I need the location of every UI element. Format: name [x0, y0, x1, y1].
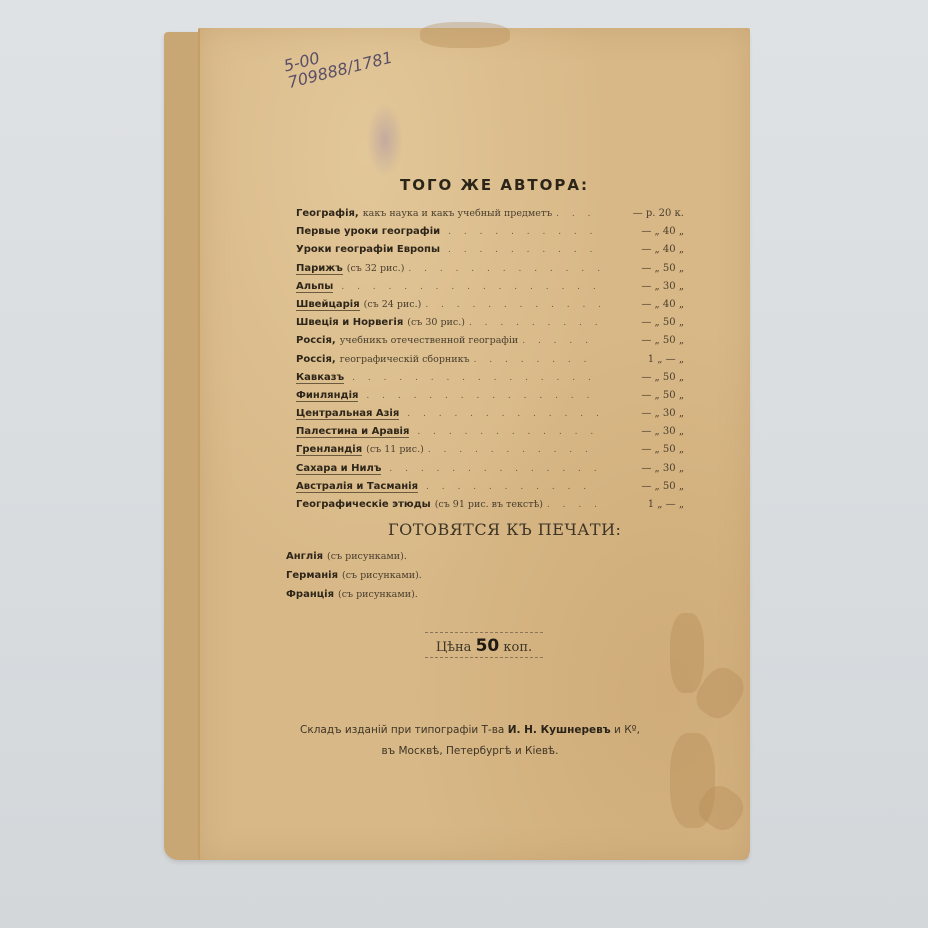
- publisher-name: И. Н. Кушнеревъ: [508, 724, 611, 736]
- forthcoming-note: (съ рисунками).: [342, 570, 422, 581]
- work-price: — „ 50 „: [604, 263, 684, 274]
- work-note: (съ 24 рис.): [364, 299, 422, 310]
- publisher-line1-prefix: Складъ изданій при типографіи Т-ва: [300, 724, 504, 736]
- work-price: — „ 50 „: [604, 335, 684, 346]
- work-title: Кавказъ: [296, 372, 344, 384]
- work-note: географическій сборникъ: [340, 354, 470, 365]
- leader-dots: . . . . . . . . . . . . . . . . . . . . …: [341, 282, 600, 292]
- work-title: Финляндія: [296, 390, 358, 402]
- leader-dots: . . . . . . . . . . . . . . . . . . . . …: [417, 427, 600, 437]
- work-title: Россія,: [296, 335, 336, 346]
- leader-dots: . . . . . . . . . . . . . . . . . . . . …: [426, 482, 600, 492]
- work-price: — „ 30 „: [604, 281, 684, 292]
- section-heading-same-author: ТОГО ЖЕ АВТОРА:: [400, 176, 589, 194]
- price-prefix: Цѣна: [436, 640, 472, 655]
- publisher-imprint: Складъ изданій при типографіи Т-ва И. Н.…: [270, 720, 670, 762]
- work-price: — „ 50 „: [604, 317, 684, 328]
- work-list-item: Географія,какъ наука и какъ учебный пред…: [296, 208, 684, 226]
- forthcoming-list-item: Англія(съ рисунками).: [286, 551, 422, 570]
- leader-dots: . . . . . . . . . . . . . . . . . . . . …: [408, 264, 600, 274]
- leader-dots: . . . . . . . . . . . . . . . . . . . . …: [448, 227, 600, 237]
- section-heading-forthcoming: ГОТОВЯТСЯ КЪ ПЕЧАТИ:: [388, 520, 621, 539]
- work-list-item: Швейцарія(съ 24 рис.). . . . . . . . . .…: [296, 299, 684, 317]
- forthcoming-title: Франція: [286, 589, 334, 600]
- leader-dots: . . . . . . . . . . . . . . . . . . . . …: [474, 355, 600, 365]
- work-list-item: Россія,учебникъ отечественной географіи.…: [296, 335, 684, 353]
- leader-dots: . . . . . . . . . . . . . . . . . . . . …: [547, 500, 600, 510]
- work-price: — „ 50 „: [604, 390, 684, 401]
- leader-dots: . . . . . . . . . . . . . . . . . . . . …: [352, 373, 600, 383]
- work-note: учебникъ отечественной географіи: [340, 335, 519, 346]
- leader-dots: . . . . . . . . . . . . . . . . . . . . …: [366, 391, 600, 401]
- publisher-line1-suffix: и Кº,: [614, 724, 640, 736]
- work-title: Швеція и Норвегія: [296, 317, 403, 328]
- price-label: Цѣна 50 коп.: [425, 632, 543, 658]
- work-price: — „ 40 „: [604, 299, 684, 310]
- work-price: — „ 30 „: [604, 463, 684, 474]
- forthcoming-list-item: Франція(съ рисунками).: [286, 589, 422, 608]
- work-list-item: Австралія и Тасманія. . . . . . . . . . …: [296, 481, 684, 499]
- work-list-item: Сахара и Нилъ. . . . . . . . . . . . . .…: [296, 463, 684, 481]
- leader-dots: . . . . . . . . . . . . . . . . . . . . …: [428, 445, 600, 455]
- work-list-item: Первые уроки географіи. . . . . . . . . …: [296, 226, 684, 244]
- forthcoming-title: Англія: [286, 551, 323, 562]
- work-title: Швейцарія: [296, 299, 360, 311]
- leader-dots: . . . . . . . . . . . . . . . . . . . . …: [522, 336, 600, 346]
- leader-dots: . . . . . . . . . . . . . . . . . . . . …: [425, 300, 600, 310]
- work-list-item: Географическіе этюды(съ 91 рис. въ текст…: [296, 499, 684, 517]
- work-price: — „ 40 „: [604, 226, 684, 237]
- forthcoming-title: Германія: [286, 570, 338, 581]
- works-list: Географія,какъ наука и какъ учебный пред…: [296, 208, 684, 517]
- work-note: (съ 32 рис.): [347, 263, 405, 274]
- water-stain: [420, 22, 510, 48]
- work-note: (съ 30 рис.): [407, 317, 465, 328]
- forthcoming-note: (съ рисунками).: [338, 589, 418, 600]
- work-price: 1 „ — „: [604, 499, 684, 510]
- work-price: — „ 30 „: [604, 408, 684, 419]
- work-list-item: Швеція и Норвегія(съ 30 рис.). . . . . .…: [296, 317, 684, 335]
- leader-dots: . . . . . . . . . . . . . . . . . . . . …: [448, 245, 600, 255]
- work-title: Альпы: [296, 281, 333, 293]
- work-list-item: Центральная Азія. . . . . . . . . . . . …: [296, 408, 684, 426]
- work-title: Сахара и Нилъ: [296, 463, 381, 475]
- work-note: (съ 91 рис. въ текстѣ): [435, 499, 543, 510]
- work-price: 1 „ — „: [604, 354, 684, 365]
- work-price: — „ 50 „: [604, 372, 684, 383]
- work-title: Уроки географіи Европы: [296, 244, 440, 255]
- work-title: Палестина и Аравія: [296, 426, 409, 438]
- work-price: — „ 50 „: [604, 444, 684, 455]
- publisher-line2: въ Москвѣ, Петербургѣ и Кіевѣ.: [270, 741, 670, 762]
- work-title: Австралія и Тасманія: [296, 481, 418, 493]
- work-list-item: Уроки географіи Европы. . . . . . . . . …: [296, 244, 684, 262]
- forthcoming-note: (съ рисунками).: [327, 551, 407, 562]
- forthcoming-list: Англія(съ рисунками).Германія(съ рисунка…: [286, 551, 422, 608]
- work-title: Первые уроки географіи: [296, 226, 440, 237]
- work-title: Центральная Азія: [296, 408, 399, 420]
- work-title: Географическіе этюды: [296, 499, 431, 510]
- forthcoming-list-item: Германія(съ рисунками).: [286, 570, 422, 589]
- work-note: какъ наука и какъ учебный предметъ: [363, 208, 552, 219]
- work-list-item: Гренландія(съ 11 рис.). . . . . . . . . …: [296, 444, 684, 462]
- work-list-item: Россія,географическій сборникъ. . . . . …: [296, 354, 684, 372]
- work-price: — р. 20 к.: [604, 208, 684, 219]
- leader-dots: . . . . . . . . . . . . . . . . . . . . …: [469, 318, 600, 328]
- work-title: Географія,: [296, 208, 359, 219]
- price-amount: 50: [476, 636, 500, 656]
- work-title: Россія,: [296, 354, 336, 365]
- leader-dots: . . . . . . . . . . . . . . . . . . . . …: [556, 209, 600, 219]
- work-list-item: Финляндія. . . . . . . . . . . . . . . .…: [296, 390, 684, 408]
- leader-dots: . . . . . . . . . . . . . . . . . . . . …: [389, 464, 600, 474]
- work-price: — „ 30 „: [604, 426, 684, 437]
- leader-dots: . . . . . . . . . . . . . . . . . . . . …: [407, 409, 600, 419]
- work-title: Гренландія: [296, 444, 362, 456]
- work-note: (съ 11 рис.): [366, 444, 424, 455]
- price-suffix: коп.: [503, 640, 532, 655]
- work-list-item: Палестина и Аравія. . . . . . . . . . . …: [296, 426, 684, 444]
- work-list-item: Кавказъ. . . . . . . . . . . . . . . . .…: [296, 372, 684, 390]
- work-list-item: Альпы. . . . . . . . . . . . . . . . . .…: [296, 281, 684, 299]
- work-title: Парижъ: [296, 263, 343, 275]
- faded-stamp: [365, 100, 405, 180]
- work-price: — „ 40 „: [604, 244, 684, 255]
- work-list-item: Парижъ(съ 32 рис.). . . . . . . . . . . …: [296, 263, 684, 281]
- work-price: — „ 50 „: [604, 481, 684, 492]
- water-stain: [670, 613, 704, 693]
